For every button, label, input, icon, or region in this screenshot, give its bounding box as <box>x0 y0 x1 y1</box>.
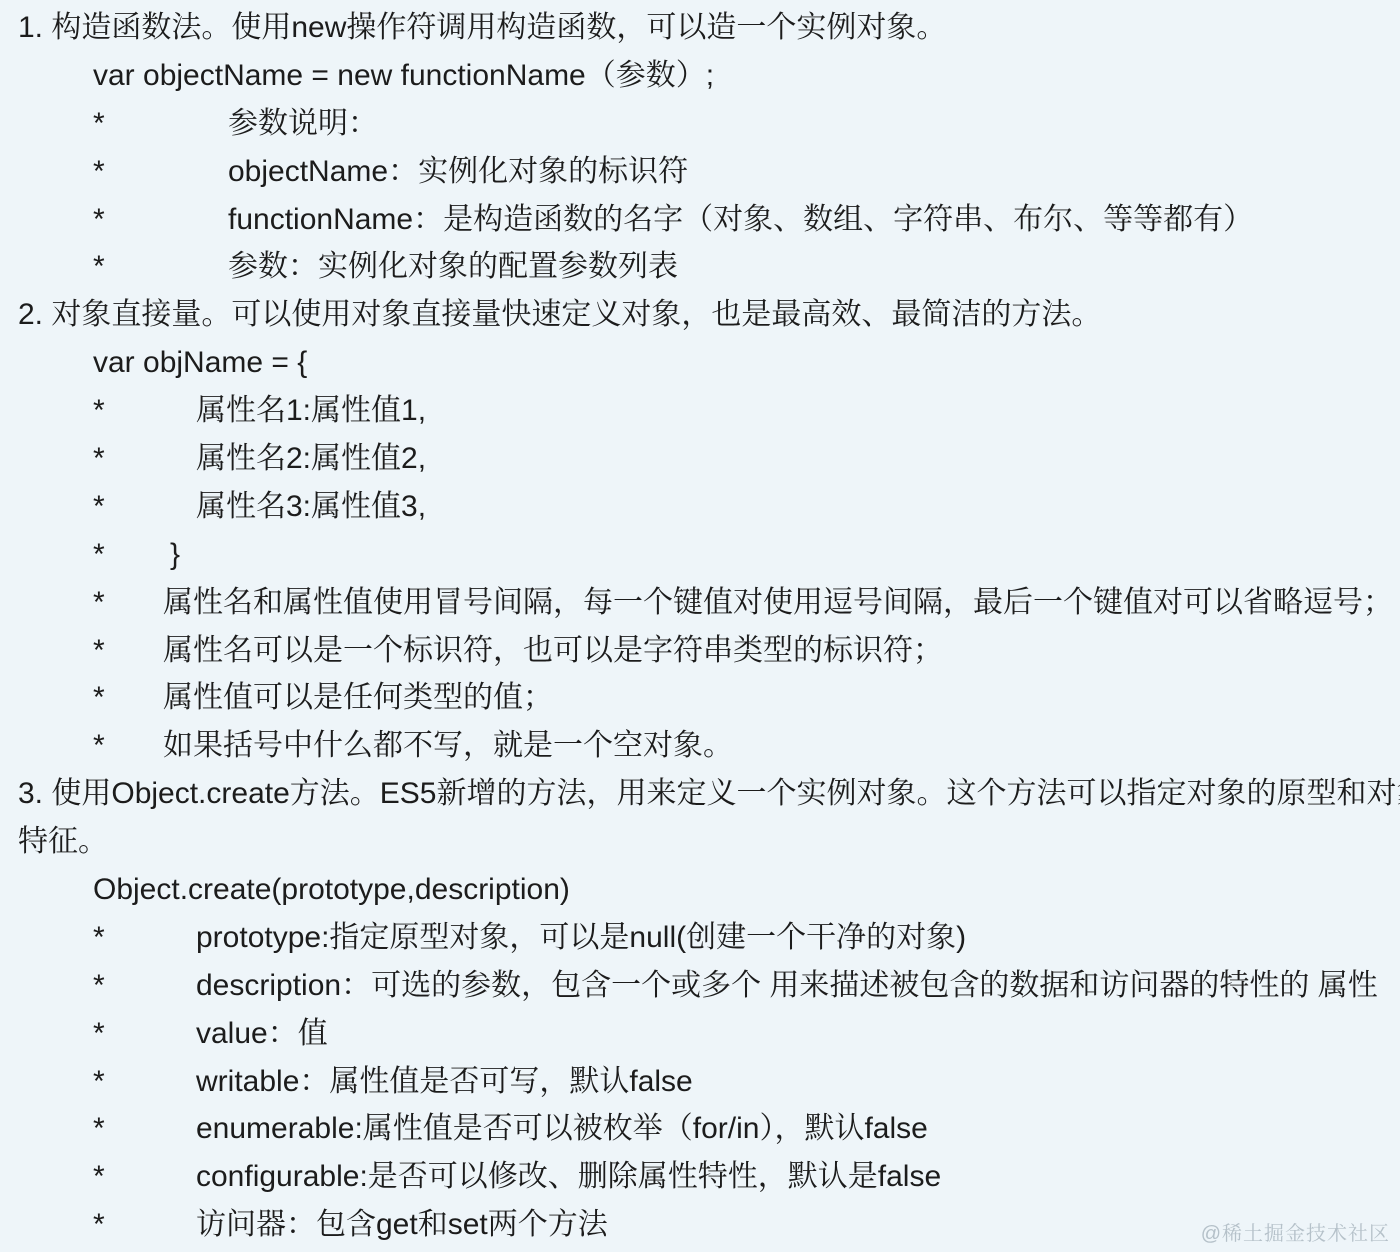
bullet-marker: * <box>93 196 105 244</box>
bullet-line: *属性名和属性值使用冒号间隔，每一个键值对使用逗号间隔，最后一个键值对可以省略逗… <box>0 579 1400 627</box>
bullet-line: *prototype:指定原型对象，可以是null(创建一个干净的对象) <box>0 914 1400 962</box>
bullet-line: *访问器：包含get和set两个方法 <box>0 1201 1400 1249</box>
line-text: objectName：实例化对象的标识符 <box>228 148 688 196</box>
document-body: 1. 构造函数法。使用new操作符调用构造函数，可以造一个实例对象。 var o… <box>0 4 1400 1249</box>
bullet-line: *属性名3:属性值3, <box>0 483 1400 531</box>
line-text: 特征。 <box>18 818 108 866</box>
line-text: 属性值可以是任何类型的值； <box>163 674 553 722</box>
line-text: configurable:是否可以修改、删除属性特性，默认是false <box>196 1153 941 1201</box>
bullet-marker: * <box>93 435 105 483</box>
section3-heading: 3. 使用Object.create方法。ES5新增的方法，用来定义一个实例对象… <box>0 770 1400 818</box>
section1-heading: 1. 构造函数法。使用new操作符调用构造函数，可以造一个实例对象。 <box>0 4 1400 52</box>
bullet-marker: * <box>93 100 105 148</box>
line-text: 1. 构造函数法。使用new操作符调用构造函数，可以造一个实例对象。 <box>18 4 946 52</box>
line-text: 属性名可以是一个标识符，也可以是字符串类型的标识符； <box>163 627 943 675</box>
bullet-marker: * <box>93 483 105 531</box>
bullet-line: *writable：属性值是否可写，默认false <box>0 1058 1400 1106</box>
line-text: 参数：实例化对象的配置参数列表 <box>228 243 678 291</box>
bullet-marker: * <box>93 243 105 291</box>
bullet-line: *enumerable:属性值是否可以被枚举（for/in），默认false <box>0 1105 1400 1153</box>
line-text: 如果括号中什么都不写，就是一个空对象。 <box>163 722 733 770</box>
bullet-line: *configurable:是否可以修改、删除属性特性，默认是false <box>0 1153 1400 1201</box>
bullet-marker: * <box>93 579 105 627</box>
line-text: 参数说明： <box>228 100 378 148</box>
bullet-marker: * <box>93 962 105 1010</box>
bullet-line: *属性值可以是任何类型的值； <box>0 674 1400 722</box>
bullet-marker: * <box>93 148 105 196</box>
line-text: Object.create(prototype,description) <box>93 866 570 914</box>
bullet-line: *如果括号中什么都不写，就是一个空对象。 <box>0 722 1400 770</box>
bullet-line: *属性名可以是一个标识符，也可以是字符串类型的标识符； <box>0 627 1400 675</box>
bullet-line: *参数：实例化对象的配置参数列表 <box>0 243 1400 291</box>
section2-heading: 2. 对象直接量。可以使用对象直接量快速定义对象，也是最高效、最简洁的方法。 <box>0 291 1400 339</box>
bullet-marker: * <box>93 914 105 962</box>
bullet-marker: * <box>93 1153 105 1201</box>
line-text: writable：属性值是否可写，默认false <box>196 1058 693 1106</box>
line-text: 3. 使用Object.create方法。ES5新增的方法，用来定义一个实例对象… <box>18 770 1400 818</box>
line-text: enumerable:属性值是否可以被枚举（for/in），默认false <box>196 1105 928 1153</box>
bullet-marker: * <box>93 627 105 675</box>
bullet-marker: * <box>93 1058 105 1106</box>
bullet-line: *属性名1:属性值1, <box>0 387 1400 435</box>
bullet-marker: * <box>93 1201 105 1249</box>
line-text: value：值 <box>196 1010 328 1058</box>
bullet-marker: * <box>93 1105 105 1153</box>
bullet-line: *description：可选的参数，包含一个或多个 用来描述被包含的数据和访问… <box>0 962 1400 1010</box>
bullet-line: *属性名2:属性值2, <box>0 435 1400 483</box>
line-text: functionName：是构造函数的名字（对象、数组、字符串、布尔、等等都有） <box>228 196 1253 244</box>
bullet-line: *objectName：实例化对象的标识符 <box>0 148 1400 196</box>
bullet-marker: * <box>93 722 105 770</box>
section3-heading-wrap: 特征。 <box>0 818 1400 866</box>
line-text: 属性名2:属性值2, <box>196 435 426 483</box>
line-text: 属性名和属性值使用冒号间隔，每一个键值对使用逗号间隔，最后一个键值对可以省略逗号… <box>163 579 1393 627</box>
line-text: } <box>170 531 180 579</box>
bullet-line: *functionName：是构造函数的名字（对象、数组、字符串、布尔、等等都有… <box>0 196 1400 244</box>
line-text: description：可选的参数，包含一个或多个 用来描述被包含的数据和访问器… <box>196 962 1378 1010</box>
bullet-marker: * <box>93 674 105 722</box>
bullet-line: *value：值 <box>0 1010 1400 1058</box>
bullet-marker: * <box>93 531 105 579</box>
line-text: 访问器：包含get和set两个方法 <box>196 1201 608 1249</box>
line-text: var objectName = new functionName（参数）; <box>93 52 714 100</box>
bullet-marker: * <box>93 387 105 435</box>
line-text: 属性名3:属性值3, <box>196 483 426 531</box>
line-text: var objName = { <box>93 339 307 387</box>
line-text: prototype:指定原型对象，可以是null(创建一个干净的对象) <box>196 914 966 962</box>
line-text: 属性名1:属性值1, <box>196 387 426 435</box>
watermark: @稀土掘金技术社区 <box>1201 1217 1390 1246</box>
bullet-line-closing-brace: *} <box>0 531 1400 579</box>
bullet-marker: * <box>93 1010 105 1058</box>
code-line-object-create: Object.create(prototype,description) <box>0 866 1400 914</box>
line-text: 2. 对象直接量。可以使用对象直接量快速定义对象，也是最高效、最简洁的方法。 <box>18 291 1101 339</box>
code-line-constructor: var objectName = new functionName（参数）; <box>0 52 1400 100</box>
bullet-line: *参数说明： <box>0 100 1400 148</box>
code-line-object-literal: var objName = { <box>0 339 1400 387</box>
